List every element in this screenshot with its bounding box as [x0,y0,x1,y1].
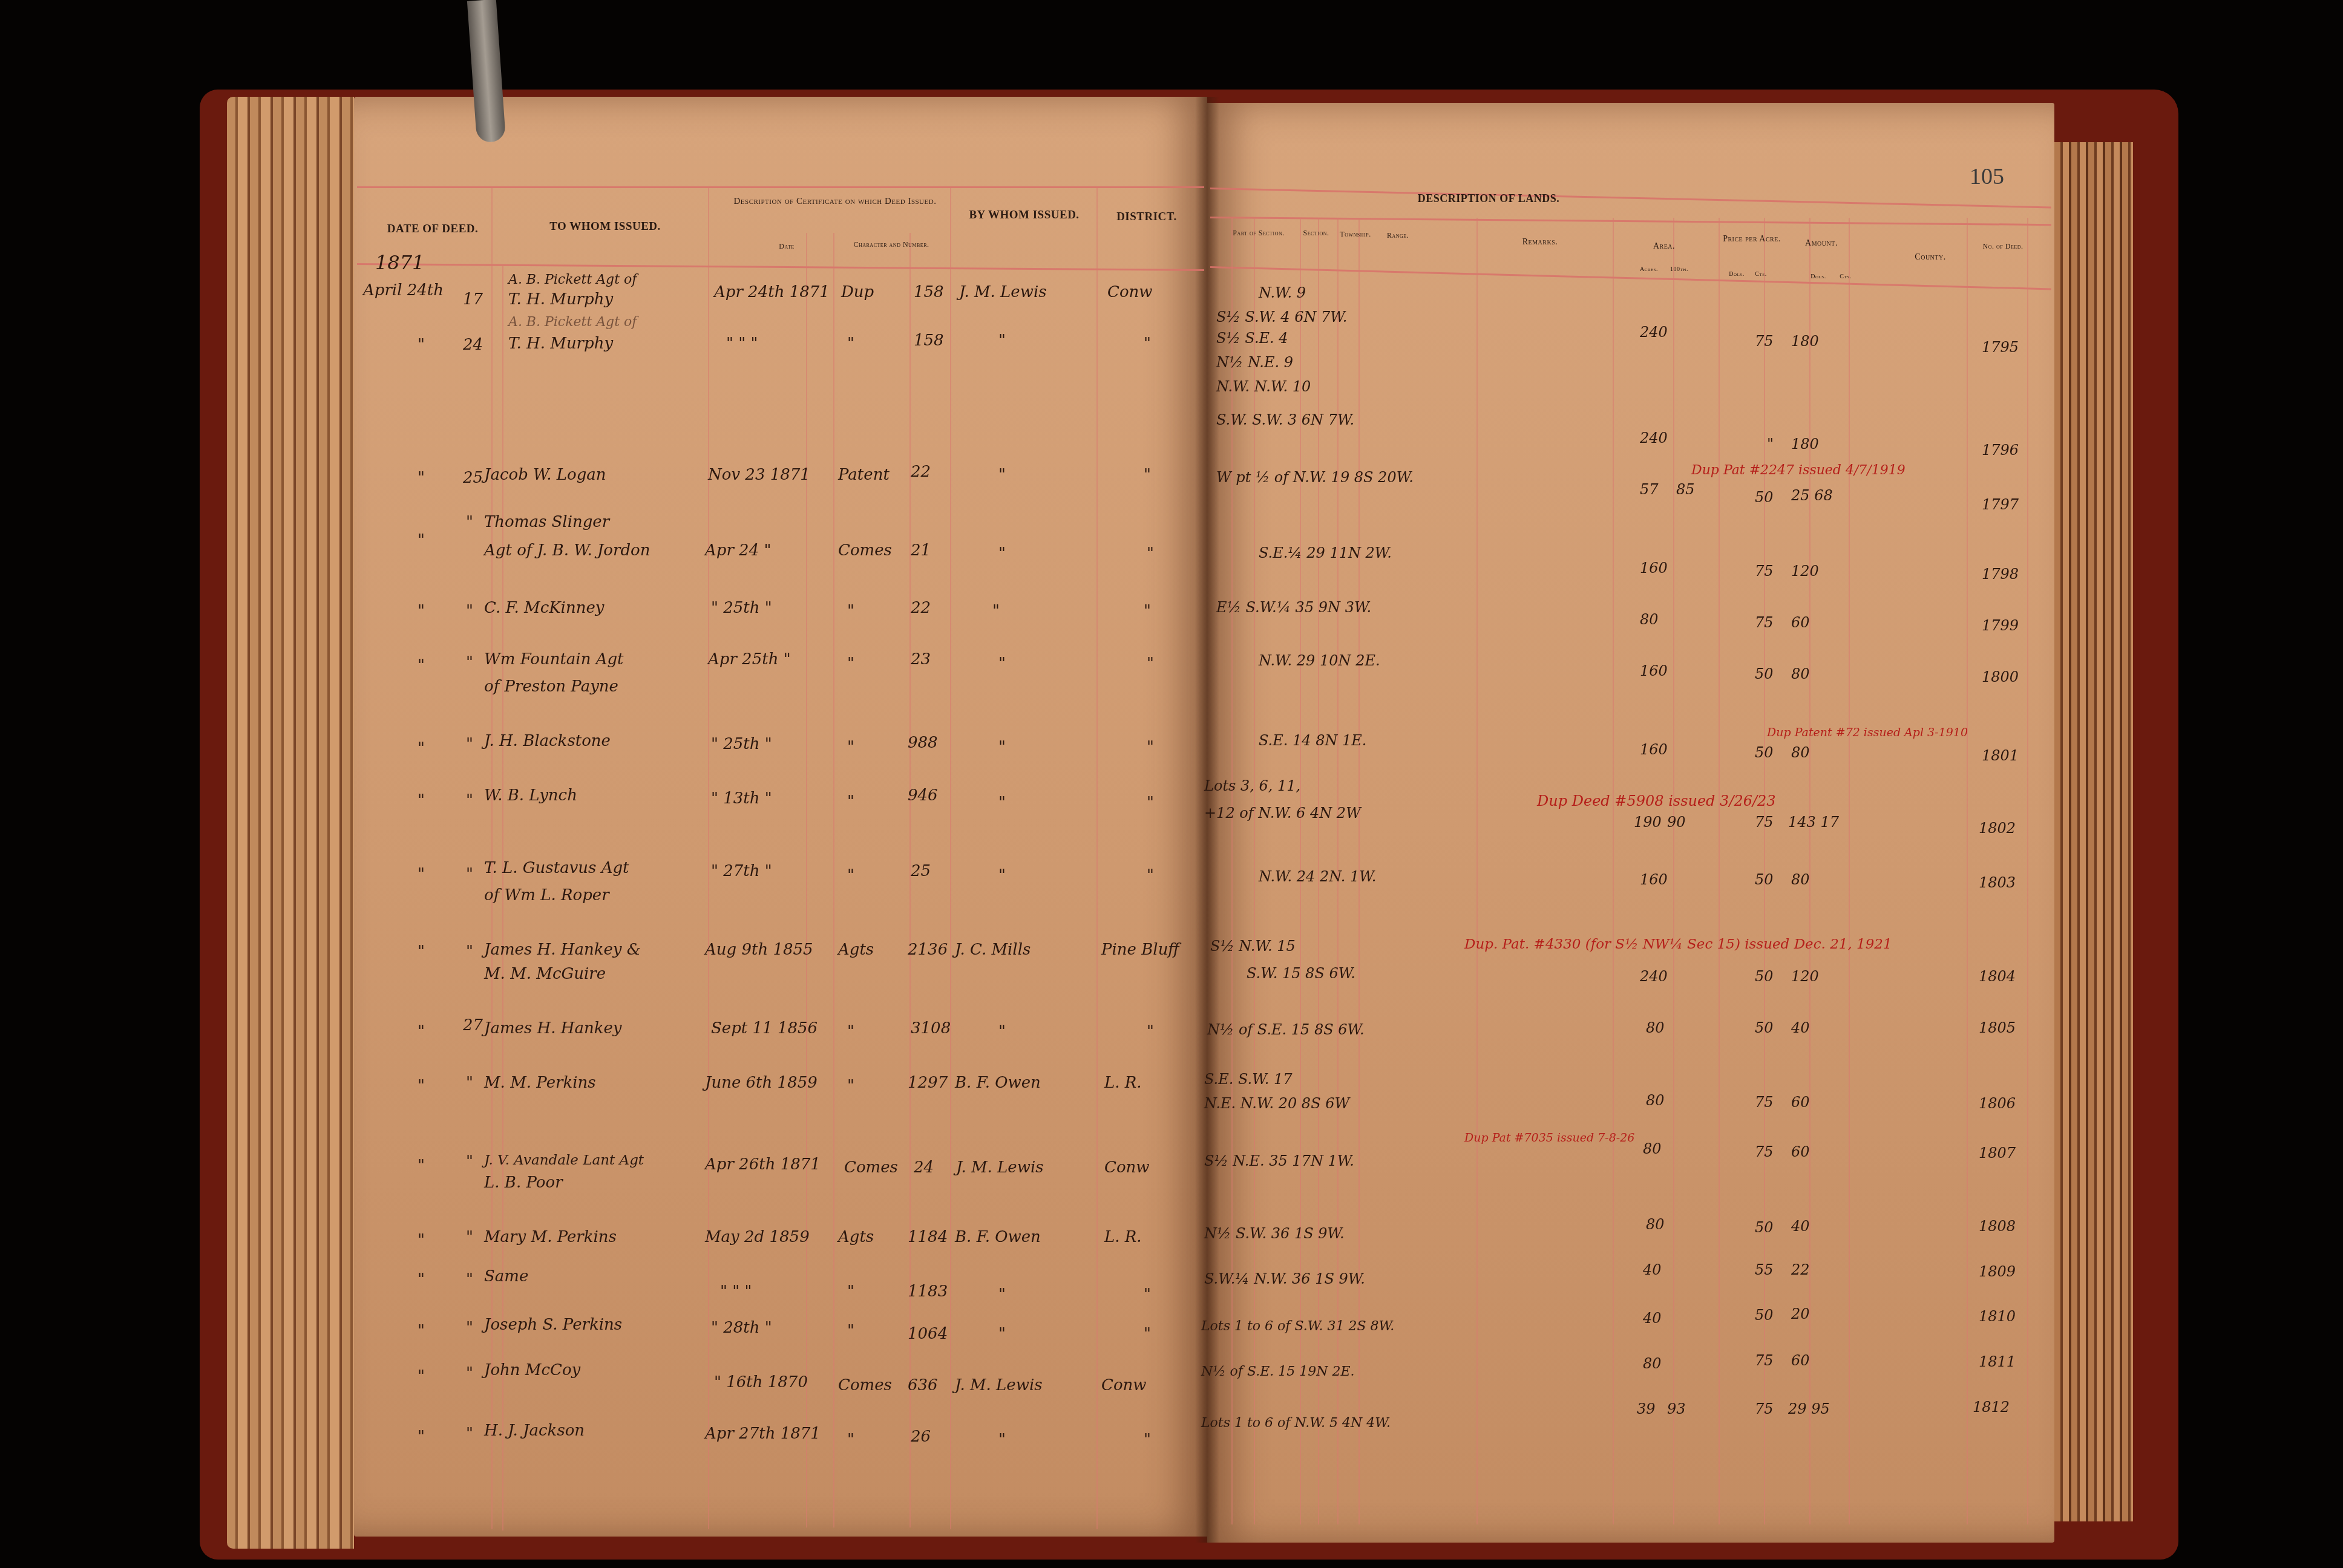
deed-date: " [418,865,425,883]
certificate-character: " [847,738,854,756]
area-acres: 240 [1640,430,1668,446]
grantee: W. B. Lynch [484,786,577,805]
land-part: S½ N.W. 15 [1210,938,1296,955]
deed-number: 1809 [1979,1263,2016,1280]
certificate-character: " [847,1322,854,1340]
certificate-character: Agts [838,941,874,959]
deed-date: " [418,1231,425,1249]
deed-day: " [466,1228,473,1246]
certificate-character: " [847,866,854,884]
header-remarks: Remarks. [1495,238,1585,247]
deed-day: " [466,513,473,531]
issued-by: " [998,1431,1006,1449]
land-part: S.E. 14 8N 1E. [1259,732,1366,749]
amount-dollars: 60 [1791,1094,1810,1111]
deed-number: 1803 [1979,874,2016,891]
land-part: S.E. S.W. 17 [1204,1071,1292,1088]
certificate-date: Sept 11 1856 [711,1019,818,1037]
issued-by: " [998,332,1006,350]
year-heading: 1871 [375,251,424,274]
deed-day: 25 [463,469,483,487]
header-description-of-lands: DESCRIPTION OF LANDS. [1368,192,1610,205]
land-part: S.W. 15 8S 6W. [1247,965,1355,982]
deed-number: 1796 [1982,442,2019,459]
deed-day: " [466,942,473,961]
amount-dollars: 60 [1791,1352,1810,1369]
certificate-date: " 27th " [711,862,772,880]
land-part: S½ N.E. 35 17N 1W. [1204,1152,1354,1169]
certificate-date: " 28th " [711,1319,772,1337]
grantee: M. M. Perkins [484,1074,596,1092]
area-acres: 40 [1643,1310,1662,1327]
grantee: H. J. Jackson [484,1422,585,1440]
land-part: +12 of N.W. 6 4N 2W [1204,805,1361,822]
grantee-line-2: of Preston Payne [484,678,618,696]
district: " [1147,866,1154,884]
land-part: N.W. 9 [1259,284,1306,301]
land-part: S.W.¼ N.W. 36 1S 9W. [1204,1270,1365,1287]
district: Conw [1107,283,1153,301]
land-part: S.E.¼ 29 11N 2W. [1259,544,1392,561]
deed-day: " [466,791,473,809]
deed-day: " [466,1152,473,1171]
deed-date: " [418,1270,425,1289]
col-rule [1613,218,1614,1524]
certificate-number: 1064 [908,1325,948,1343]
price-cents: 75 [1755,1352,1774,1369]
certificate-character: " [847,1282,854,1301]
red-ink-remark: Dup Deed #5908 issued 3/26/23 [1537,792,1776,809]
col-rule [1673,218,1674,1524]
area-acres: 80 [1646,1216,1665,1233]
deed-day: " [466,653,473,671]
grantee: J. H. Blackstone [484,732,611,750]
certificate-number: 158 [914,332,944,350]
deed-date: " [418,336,425,354]
land-part: N.W. 24 2N. 1W. [1259,868,1376,885]
grantee-line-2: of Wm L. Roper [484,886,609,904]
district: " [1147,1022,1154,1040]
amount-dollars: 20 [1791,1305,1810,1322]
issued-by: " [998,738,1006,756]
district: " [1144,1325,1151,1343]
land-part: N½ N.E. 9 [1216,354,1293,371]
deed-number: 1799 [1982,617,2019,634]
land-part: S½ S.E. 4 [1216,330,1288,347]
district: " [1144,466,1151,484]
deed-number: 1800 [1982,668,2019,685]
col-rule [950,186,951,1529]
area-acres: 190 [1634,814,1662,831]
area-acres: 240 [1640,968,1668,985]
issued-by: J. M. Lewis [959,283,1047,301]
land-part: E½ S.W.¼ 35 9N 3W. [1216,599,1371,616]
certificate-date: " 25th " [711,735,772,753]
area-acres: 160 [1640,662,1668,679]
issued-by: B. F. Owen [955,1228,1041,1246]
land-part: Lots 1 to 6 of S.W. 31 2S 8W. [1201,1319,1394,1334]
red-ink-remark: Dup Patent #72 issued Apl 3-1910 [1767,726,1968,739]
price-cents: 50 [1755,665,1774,682]
header-cert-character-number: Character and Number. [834,240,949,249]
certificate-number: 636 [908,1376,938,1394]
certificate-date: " " " [726,335,758,353]
deed-date: " [418,1367,425,1385]
red-ink-remark: Dup Pat #7035 issued 7-8-26 [1464,1131,1634,1145]
land-part: N.W. 29 10N 2E. [1259,652,1380,669]
deed-day: " [466,1364,473,1382]
area-acres: 80 [1640,611,1659,628]
area-acres: 57 [1640,481,1659,498]
area-acres: 160 [1640,560,1668,577]
deed-number: 1807 [1979,1145,2016,1161]
issued-by: " [998,1285,1006,1304]
certificate-character: Patent [838,466,890,484]
certificate-number: 946 [908,786,938,805]
header-part-of-section: Part of Section. [1216,229,1301,238]
amount-dollars: 80 [1791,871,1810,888]
grantee-line-2: T. H. Murphy [508,335,613,353]
issued-by: " [992,602,1000,620]
deed-number: 1798 [1982,566,2019,583]
page-number: 105 [1970,163,2004,190]
land-part: S.W. S.W. 3 6N 7W. [1216,411,1354,428]
header-amount: Amount. [1791,239,1852,249]
deed-day: 24 [463,336,483,354]
grantee: Mary M. Perkins [484,1228,617,1246]
amount-dollars: 40 [1791,1019,1810,1036]
area-hundredths: 85 [1676,481,1695,498]
header-by-whom-issued: BY WHOM ISSUED. [953,209,1095,222]
area-acres: 80 [1646,1019,1665,1036]
red-ink-remark: Dup Pat #2247 issued 4/7/1919 [1691,463,1906,478]
district: L. R. [1104,1074,1142,1092]
deed-date: " [418,1157,425,1175]
deed-date: " [418,791,425,809]
deed-number: 1811 [1979,1353,2016,1370]
certificate-number: 988 [908,734,938,752]
page-edges-right [2054,142,2133,1521]
land-part: S½ S.W. 4 6N 7W. [1216,309,1347,325]
district: " [1147,655,1154,673]
header-amount-cts: Cts. [1833,273,1858,280]
deed-date: " [418,942,425,961]
deed-date: " [418,531,425,549]
grantee: Thomas Slinger [484,513,609,531]
price-cents: 50 [1755,1219,1774,1236]
deed-day: " [466,1074,473,1092]
price-cents: 75 [1755,1094,1774,1111]
district: " [1144,1431,1151,1449]
deed-number: 1808 [1979,1218,2016,1235]
deed-day: 27 [463,1016,483,1034]
header-area: Area. [1634,242,1694,252]
grantee: Wm Fountain Agt [484,650,624,668]
land-part: W pt ½ of N.W. 19 8S 20W. [1216,469,1414,486]
issued-by: J. M. Lewis [955,1376,1043,1394]
deed-date: " [418,602,425,620]
certificate-date: Nov 23 1871 [708,466,810,484]
district: Conw [1104,1158,1150,1177]
certificate-date: " 16th 1870 [714,1373,808,1391]
price-cents: 75 [1755,614,1774,631]
certificate-character: Dup [841,283,874,301]
district: Pine Bluff [1101,941,1179,959]
certificate-character: Agts [838,1228,874,1246]
certificate-character: " [847,655,854,673]
header-acres: Acres. [1634,266,1664,273]
grantee: Same [484,1267,528,1285]
deed-date: " [418,1428,425,1446]
grantee-line-2: L. B. Poor [484,1174,563,1192]
land-part: Lots 3, 6, 11, [1204,777,1300,794]
col-rule [1476,218,1478,1524]
header-certificate-group: Description of Certificate on which Deed… [726,197,944,207]
header-price-cts: Cts. [1749,271,1773,278]
grantee: J. V. Avandale Lant Agt [484,1152,644,1168]
amount-dollars: 60 [1791,1143,1810,1160]
area-acres: 40 [1643,1261,1662,1278]
deed-day: 17 [463,290,483,309]
deed-date: " [418,739,425,757]
amount-dollars: 22 [1791,1261,1810,1278]
deed-number: 1804 [1979,968,2016,985]
deed-number: 1797 [1982,496,2019,513]
certificate-date: " " " [720,1282,752,1301]
area-hundredths: 90 [1667,814,1686,831]
grantee-line-2: T. H. Murphy [508,290,613,309]
deed-day: " [466,1270,473,1289]
certificate-date: May 2d 1859 [705,1228,810,1246]
header-cert-date: Date [762,242,811,251]
amount-dollars: 25 68 [1791,487,1833,504]
certificate-number: 158 [914,283,944,301]
issued-by: " [998,1325,1006,1343]
header-section: Section. [1298,229,1334,238]
amount-dollars: 29 95 [1788,1400,1830,1417]
price-cents: 75 [1755,1400,1774,1417]
certificate-date: Aug 9th 1855 [705,941,813,959]
deed-day: " [466,865,473,883]
certificate-character: Comes [838,541,892,560]
certificate-number: 23 [911,650,931,668]
header-range: Range. [1380,231,1416,240]
deed-date: " [418,656,425,675]
certificate-number: 25 [911,862,931,880]
deed-number: 1810 [1979,1308,2016,1325]
col-rule [2027,218,2028,1524]
grantee-line-2: M. M. McGuire [484,965,606,983]
price-cents: 50 [1755,744,1774,761]
area-acres: 80 [1643,1355,1662,1372]
col-rule [1849,218,1850,1524]
land-part: N½ of S.E. 15 19N 2E. [1201,1364,1355,1379]
certificate-date: Apr 24th 1871 [714,283,830,301]
certificate-date: June 6th 1859 [705,1074,818,1092]
grantee: T. L. Gustavus Agt [484,859,629,877]
district: " [1147,794,1154,812]
col-rule [833,233,834,1527]
certificate-number: 22 [911,463,931,481]
certificate-character: " [847,335,854,353]
grantee: A. B. Pickett Agt of [508,315,637,330]
issued-by: " [998,466,1006,484]
grantee: A. B. Pickett Agt of [508,272,637,287]
grantee: James H. Hankey [484,1019,622,1037]
certificate-character: " [847,1077,854,1095]
deed-date: " [418,1022,425,1040]
area-acres: 160 [1640,741,1668,758]
header-hundredths: 100th. [1664,266,1694,273]
grantee: Jacob W. Logan [484,466,606,484]
deed-date: " [418,1077,425,1095]
issued-by: " [998,1022,1006,1040]
deed-day: " [466,602,473,620]
price-cents: 50 [1755,968,1774,985]
issued-by: " [998,866,1006,884]
amount-dollars: 180 [1791,436,1819,452]
price-cents: 50 [1755,489,1774,506]
price-cents: " [1767,436,1774,452]
certificate-character: " [847,602,854,620]
col-rule [806,233,807,1527]
price-cents: 75 [1755,333,1774,350]
amount-dollars: 40 [1791,1218,1810,1235]
amount-dollars: 120 [1791,968,1819,985]
grantee-line-2: Agt of J. B. W. Jordon [484,541,650,560]
deed-number: 1802 [1979,820,2016,837]
header-county: County. [1900,253,1961,263]
col-rule [708,186,709,1529]
certificate-character: " [847,1022,854,1040]
amount-dollars: 120 [1791,563,1819,580]
certificate-character: Comes [844,1158,898,1177]
page-edges-left [227,97,354,1549]
header-amount-dols: Dols. [1806,273,1830,280]
district: " [1144,1285,1151,1304]
grantee: Joseph S. Perkins [484,1316,622,1334]
district: Conw [1101,1376,1147,1394]
certificate-number: 21 [911,541,931,560]
amount-dollars: 80 [1791,665,1810,682]
price-cents: 50 [1755,1307,1774,1324]
grantee: James H. Hankey & [484,941,641,959]
land-part: Lots 1 to 6 of N.W. 5 4N 4W. [1201,1416,1391,1431]
certificate-number: 3108 [911,1019,951,1037]
certificate-date: Apr 27th 1871 [705,1425,821,1443]
price-cents: 50 [1755,1019,1774,1036]
district: " [1147,544,1154,563]
area-acres: 39 [1637,1400,1656,1417]
header-no-of-deed: No. of Deed. [1979,242,2027,251]
area-acres: 160 [1640,871,1668,888]
deed-day: " [466,735,473,753]
deed-day: " [466,1425,473,1443]
certificate-number: 22 [911,599,931,617]
amount-dollars: 80 [1791,744,1810,761]
header-district: DISTRICT. [1098,211,1195,224]
header-township: Township. [1331,230,1380,239]
area-hundredths: 93 [1667,1400,1686,1417]
land-part: N.W. N.W. 10 [1216,378,1311,395]
amount-dollars: 143 17 [1788,814,1839,831]
deed-date: April 24th [363,281,444,299]
certificate-character: " [847,1431,854,1449]
certificate-number: 26 [911,1428,931,1446]
col-rule [1719,218,1720,1524]
area-acres: 240 [1640,324,1668,341]
issued-by: J. C. Mills [955,941,1031,959]
price-cents: 75 [1755,814,1774,831]
header-top-rule [357,186,1204,188]
price-cents: 75 [1755,1143,1774,1160]
header-to-whom-issued: TO WHOM ISSUED. [520,220,690,234]
header-price-per-acre: Price per Acre. [1719,235,1785,244]
certificate-date: Apr 25th " [708,650,791,668]
deed-number: 1801 [1982,747,2019,764]
district: " [1147,738,1154,756]
issued-by: B. F. Owen [955,1074,1041,1092]
area-acres: 80 [1643,1140,1662,1157]
col-rule [1967,218,1968,1524]
price-cents: 50 [1755,871,1774,888]
header-price-dols: Dols. [1725,271,1749,278]
grantee: C. F. McKinney [484,599,605,617]
area-acres: 80 [1646,1092,1665,1109]
issued-by: " [998,794,1006,812]
certificate-date: Apr 24 " [705,541,771,560]
certificate-number: 24 [914,1158,934,1177]
issued-by: " [998,544,1006,563]
deed-date: " [418,469,425,487]
certificate-date: " 13th " [711,789,772,808]
deed-number: 1812 [1973,1399,2010,1416]
deed-day: " [466,1319,473,1337]
certificate-date: " 25th " [711,599,772,617]
amount-dollars: 60 [1791,614,1810,631]
header-date-of-deed: DATE OF DEED. [375,223,490,236]
certificate-number: 1184 [908,1228,948,1246]
certificate-character: Comes [838,1376,892,1394]
col-rule [1096,186,1098,1529]
land-part: N½ of S.E. 15 8S 6W. [1207,1021,1365,1038]
amount-dollars: 180 [1791,333,1819,350]
deed-number: 1806 [1979,1095,2016,1112]
certificate-number: 2136 [908,941,948,959]
certificate-date: Apr 26th 1871 [705,1155,821,1174]
left-page [354,97,1207,1537]
price-cents: 75 [1755,563,1774,580]
price-cents: 55 [1755,1261,1774,1278]
certificate-number: 1297 [908,1074,948,1092]
grantee: John McCoy [484,1361,580,1379]
certificate-number: 1183 [908,1282,948,1301]
deed-date: " [418,1322,425,1340]
land-part: N½ S.W. 36 1S 9W. [1204,1225,1345,1242]
district: " [1144,602,1151,620]
issued-by: " [998,655,1006,673]
district: " [1144,335,1151,353]
issued-by: J. M. Lewis [956,1158,1044,1177]
district: L. R. [1104,1228,1142,1246]
certificate-character: " [847,792,854,811]
deed-number: 1805 [1979,1019,2016,1036]
red-ink-remark: Dup. Pat. #4330 (for S½ NW¼ Sec 15) issu… [1464,936,1892,952]
deed-number: 1795 [1982,339,2019,356]
land-part: N.E. N.W. 20 8S 6W [1204,1095,1349,1112]
